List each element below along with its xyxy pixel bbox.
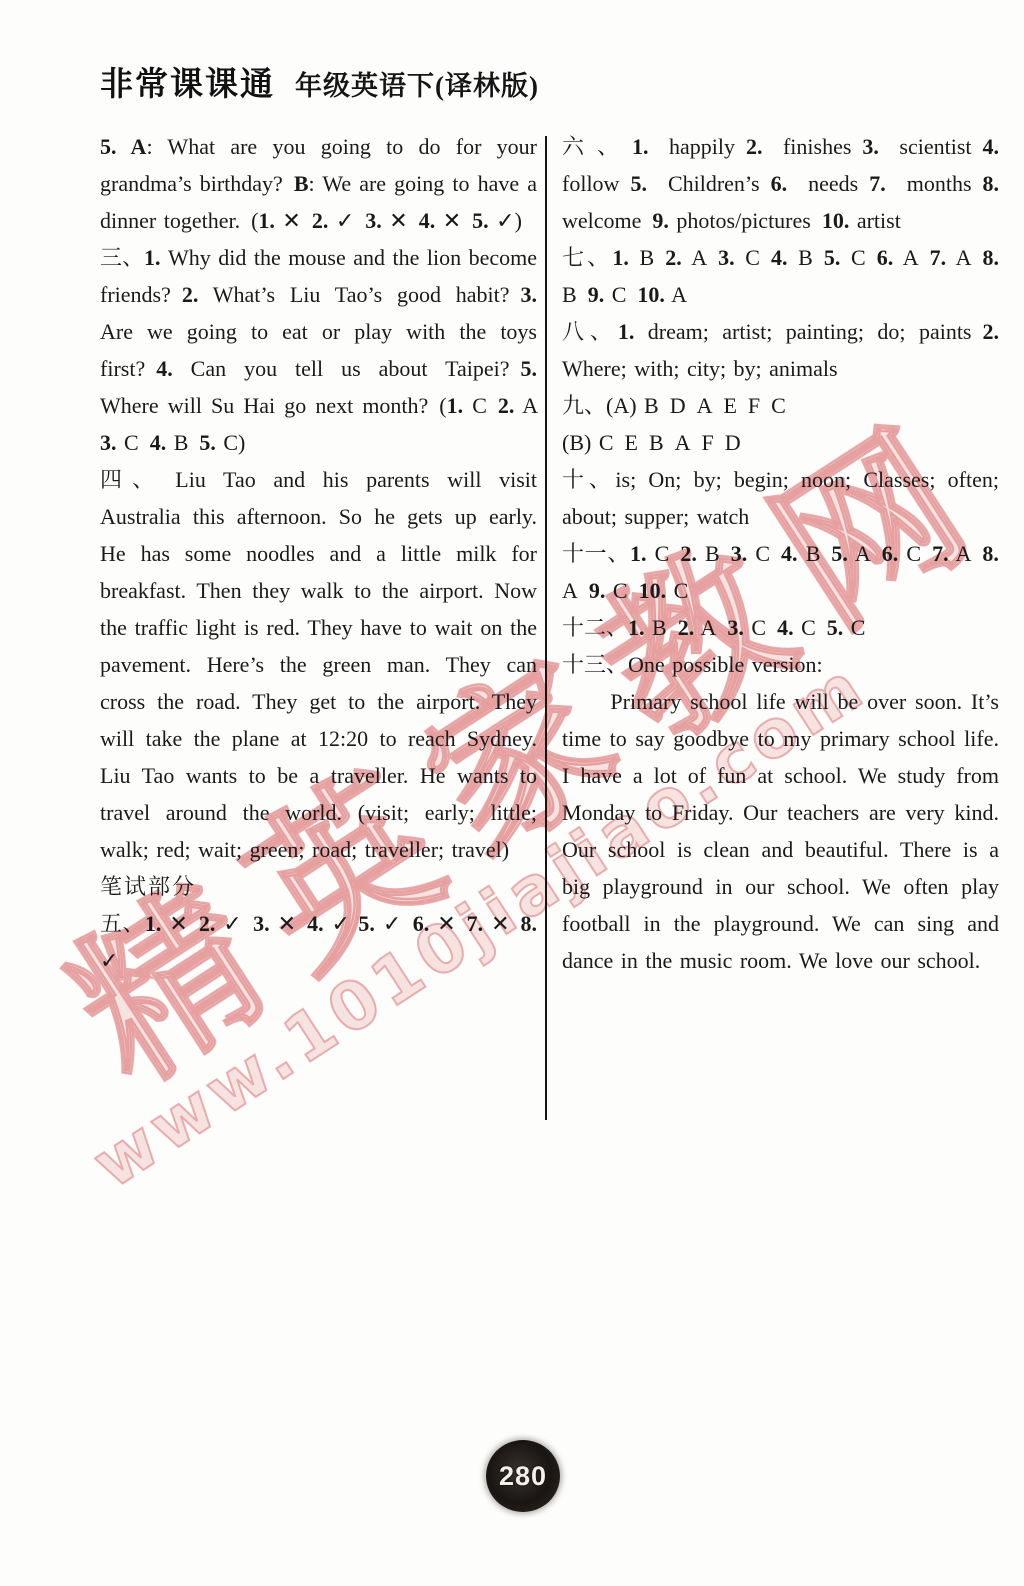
text-run: C xyxy=(666,578,688,603)
answer-number: 3. xyxy=(521,282,538,307)
answer-number: 4. xyxy=(419,208,436,233)
text-run: C xyxy=(605,578,638,603)
text-run: ✕ xyxy=(161,911,198,936)
page-header: 非常课课通 年级英语下(译林版) xyxy=(100,58,539,105)
scanned-answer-page: 精英家教网 www.1010jiajiao.com 非常课课通 年级英语下(译林… xyxy=(0,0,1024,1586)
paragraph: 四、 Liu Tao and his parents will visit Au… xyxy=(100,461,537,868)
answer-number: 2. xyxy=(678,615,695,640)
text-run: C xyxy=(840,245,876,270)
series-title: 非常课课通 xyxy=(100,58,275,105)
answer-number: 1. xyxy=(447,393,464,418)
answer-number: 2. xyxy=(498,393,515,418)
text-run: B xyxy=(788,245,824,270)
text-run: B xyxy=(645,615,678,640)
text-run: ✓ xyxy=(215,911,253,936)
text-run: months xyxy=(886,171,983,196)
paragraph: 七、1. B 2. A 3. C 4. B 5. C 6. A 7. A 8. … xyxy=(562,239,999,313)
answer-number: 8. xyxy=(983,245,1000,270)
page-number-badge: 280 xyxy=(486,1440,560,1512)
text-run: ✕ xyxy=(429,911,466,936)
paragraph: (B) C E B A F D xyxy=(562,424,999,461)
text-run: welcome xyxy=(562,208,652,233)
answer-number: 5. xyxy=(358,911,375,936)
answer-number: 4. xyxy=(156,356,173,381)
answer-number: B xyxy=(294,171,309,196)
answer-number: 4. xyxy=(781,541,798,566)
text-run: C xyxy=(843,615,865,640)
text-run: follow xyxy=(562,171,630,196)
text-run: A xyxy=(694,615,727,640)
answer-number: 3. xyxy=(718,245,735,270)
text-run: C) xyxy=(216,430,246,455)
column-divider xyxy=(545,136,547,1120)
text-run: C xyxy=(744,615,777,640)
text-run: A xyxy=(946,245,982,270)
text-run: 五、 xyxy=(100,911,145,936)
answer-number: 10. xyxy=(637,282,665,307)
text-run: (B) C E B A F D xyxy=(562,430,741,455)
book-title: 年级英语下(译林版) xyxy=(295,64,539,103)
text-run: C xyxy=(747,541,781,566)
text-run: C xyxy=(735,245,771,270)
answer-number: 3. xyxy=(862,134,879,159)
answer-number: 2. xyxy=(312,208,329,233)
answer-number: 4. xyxy=(777,615,794,640)
answer-number: 9. xyxy=(589,578,606,603)
text-run: 八、 xyxy=(562,319,618,344)
answer-number: 1. xyxy=(632,134,649,159)
text-run: 七、 xyxy=(562,245,612,270)
text-run: Where will Su Hai go next month? ( xyxy=(100,393,447,418)
answer-number: 2. xyxy=(182,282,199,307)
answer-number: 2. xyxy=(199,911,216,936)
text-run: A xyxy=(665,282,687,307)
column-right: 六、1. happily 2. finishes 3. scientist 4.… xyxy=(562,128,999,979)
paragraph: 五、1. ✕ 2. ✓ 3. ✕ 4. ✓ 5. ✓ 6. ✕ 7. ✕ 8. … xyxy=(100,905,537,979)
text-run: B xyxy=(562,282,588,307)
text-run: photos/pictures xyxy=(669,208,822,233)
text-run: A xyxy=(682,245,718,270)
answer-number: 5. xyxy=(824,245,841,270)
answer-number: 6. xyxy=(877,245,894,270)
text-run: Primary school life will be over soon. I… xyxy=(562,689,999,973)
text-run: ✓) xyxy=(489,208,522,233)
answer-number: 7. xyxy=(467,911,484,936)
paragraph: 八、1. dream; artist; painting; do; paints… xyxy=(562,313,999,387)
answer-number: 9. xyxy=(588,282,605,307)
text-run: ✕ xyxy=(483,911,520,936)
text-run: ✕ xyxy=(435,208,472,233)
answer-number: 3. xyxy=(727,615,744,640)
answer-number: 5. xyxy=(831,541,848,566)
paragraph: 三、1. Why did the mouse and the lion beco… xyxy=(100,239,537,461)
answer-number: 3. xyxy=(365,208,382,233)
answer-number: 5. A xyxy=(100,134,146,159)
paragraph: 5. A: What are you going to do for your … xyxy=(100,128,537,239)
column-left: 5. A: What are you going to do for your … xyxy=(100,128,537,979)
answer-number: 5. xyxy=(472,208,489,233)
answer-number: 6. xyxy=(882,541,899,566)
page-number: 280 xyxy=(499,1461,547,1492)
text-run: 四、 Liu Tao and his parents will visit Au… xyxy=(100,467,537,862)
answer-number: 10. xyxy=(822,208,850,233)
answer-number: 8. xyxy=(983,171,1000,196)
text-run: A xyxy=(562,578,589,603)
answer-number: 8. xyxy=(521,911,538,936)
answer-number: 2. xyxy=(680,541,697,566)
answer-number: 1. xyxy=(258,208,275,233)
text-run: scientist xyxy=(879,134,983,159)
text-run: C xyxy=(604,282,637,307)
text-run: 十、is; On; by; begin; noon; Classes; ofte… xyxy=(562,467,999,529)
text-run: ✕ xyxy=(270,911,307,936)
paragraph: 十三、One possible version: xyxy=(562,646,999,683)
answer-number: 4. xyxy=(771,245,788,270)
paragraph: 十一、1. C 2. B 3. C 4. B 5. A 6. C 7. A 8.… xyxy=(562,535,999,609)
text-run: ✓ xyxy=(324,911,359,936)
text-run: ✕ xyxy=(382,208,419,233)
text-run: ✓ xyxy=(375,911,413,936)
text-run: 六、 xyxy=(562,134,632,159)
answer-number: 5. xyxy=(521,356,538,381)
text-run: Where; with; city; by; animals xyxy=(562,356,838,381)
answer-number: 2. xyxy=(746,134,763,159)
text-run: 十二、 xyxy=(562,615,628,640)
text-run: Can you tell us about Taipei? xyxy=(173,356,521,381)
text-run: ✕ xyxy=(275,208,312,233)
text-run: dream; artist; painting; do; paints xyxy=(634,319,982,344)
answer-number: 1. xyxy=(628,615,645,640)
text-run: What’s Liu Tao’s good habit? xyxy=(198,282,520,307)
text-run: Children’s xyxy=(647,171,771,196)
answer-number: 4. xyxy=(307,911,324,936)
text-run: ✓ xyxy=(328,208,365,233)
answer-number: 3. xyxy=(731,541,748,566)
answer-number: 7. xyxy=(930,245,947,270)
text-run: A xyxy=(893,245,929,270)
text-run: ✓ xyxy=(100,948,118,973)
text-run: C xyxy=(117,430,150,455)
text-run: 九、(A) B D A E F C xyxy=(562,393,786,418)
text-run: 三、 xyxy=(100,245,144,270)
paragraph: Primary school life will be over soon. I… xyxy=(562,683,999,979)
paragraph: 十、is; On; by; begin; noon; Classes; ofte… xyxy=(562,461,999,535)
text-run: happily xyxy=(648,134,745,159)
text-run: C xyxy=(794,615,827,640)
answer-number: 6. xyxy=(413,911,430,936)
text-run: A xyxy=(949,541,983,566)
paragraph: 六、1. happily 2. finishes 3. scientist 4.… xyxy=(562,128,999,239)
text-run: A xyxy=(848,541,882,566)
text-run: 笔试部分 xyxy=(100,874,196,899)
paragraph: 九、(A) B D A E F C xyxy=(562,387,999,424)
answer-number: 10. xyxy=(639,578,667,603)
answer-number: 1. xyxy=(612,245,629,270)
answer-number: 2. xyxy=(665,245,682,270)
answer-number: 7. xyxy=(932,541,949,566)
text-run: artist xyxy=(849,208,901,233)
answer-number: 7. xyxy=(869,171,886,196)
text-run: B xyxy=(798,541,832,566)
text-run: 十一、 xyxy=(562,541,630,566)
text-run: B xyxy=(166,430,199,455)
text-run: finishes xyxy=(762,134,862,159)
text-run: B xyxy=(697,541,731,566)
answer-number: 4. xyxy=(150,430,167,455)
text-run: C xyxy=(898,541,932,566)
answer-number: 3. xyxy=(100,430,117,455)
answer-number: 1. xyxy=(144,245,161,270)
text-run: 十三、One possible version: xyxy=(562,652,823,677)
answer-number: 6. xyxy=(771,171,788,196)
answer-number: 5. xyxy=(827,615,844,640)
answer-number: 1. xyxy=(145,911,162,936)
answer-number: 5. xyxy=(630,171,647,196)
paragraph: 十二、1. B 2. A 3. C 4. C 5. C xyxy=(562,609,999,646)
answer-number: 8. xyxy=(982,541,999,566)
answer-number: 9. xyxy=(652,208,669,233)
answer-number: 4. xyxy=(983,134,1000,159)
text-run: C xyxy=(463,393,498,418)
text-run: needs xyxy=(787,171,869,196)
answer-number: 1. xyxy=(630,541,647,566)
answer-number: 3. xyxy=(253,911,270,936)
paragraph: 笔试部分 xyxy=(100,868,537,905)
text-run: C xyxy=(647,541,681,566)
answer-number: 1. xyxy=(618,319,635,344)
text-run: A xyxy=(514,393,537,418)
text-run: B xyxy=(629,245,665,270)
answer-number: 5. xyxy=(199,430,216,455)
answer-number: 2. xyxy=(983,319,1000,344)
